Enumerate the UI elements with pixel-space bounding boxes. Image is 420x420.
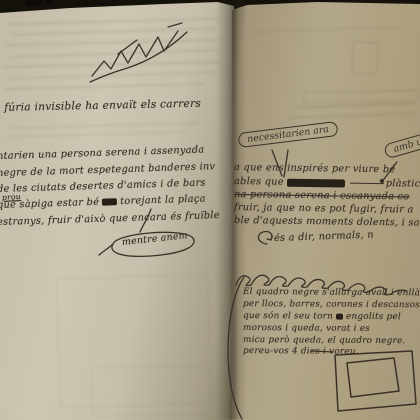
handwriting-line: a que ens inspirés per viure bé: [234, 162, 396, 175]
strike-line: [350, 182, 384, 184]
redaction-blot: [287, 178, 345, 187]
edge-mark: [26, 0, 42, 6]
edge-mark: [96, 2, 104, 5]
redaction-blot: [102, 198, 117, 205]
box-line: mica però queda, el quadro negre.: [243, 335, 406, 346]
box-line: morosos i queda, vorat i es: [243, 323, 370, 334]
handwriting-segment: ables que: [234, 176, 284, 188]
box-line: pereu-vos 4 dies i voreu.: [243, 346, 359, 357]
redaction-blot: [336, 313, 343, 319]
box-line: que són el seu tornengolits pel: [243, 311, 401, 322]
handwriting-segment: engolits pel: [346, 312, 401, 322]
handwriting-segment: plàstic: [386, 178, 420, 189]
box-line: per llocs, barres, corones i descansos p…: [243, 299, 420, 310]
edge-mark: [46, 0, 52, 4]
notebook-photo: a fúria invisible ha envaït els carrers …: [0, 0, 420, 420]
box-line: El quadro negre s'allarga avall i enllà: [243, 287, 420, 298]
handwriting-segment: que són el seu torn: [243, 311, 333, 322]
